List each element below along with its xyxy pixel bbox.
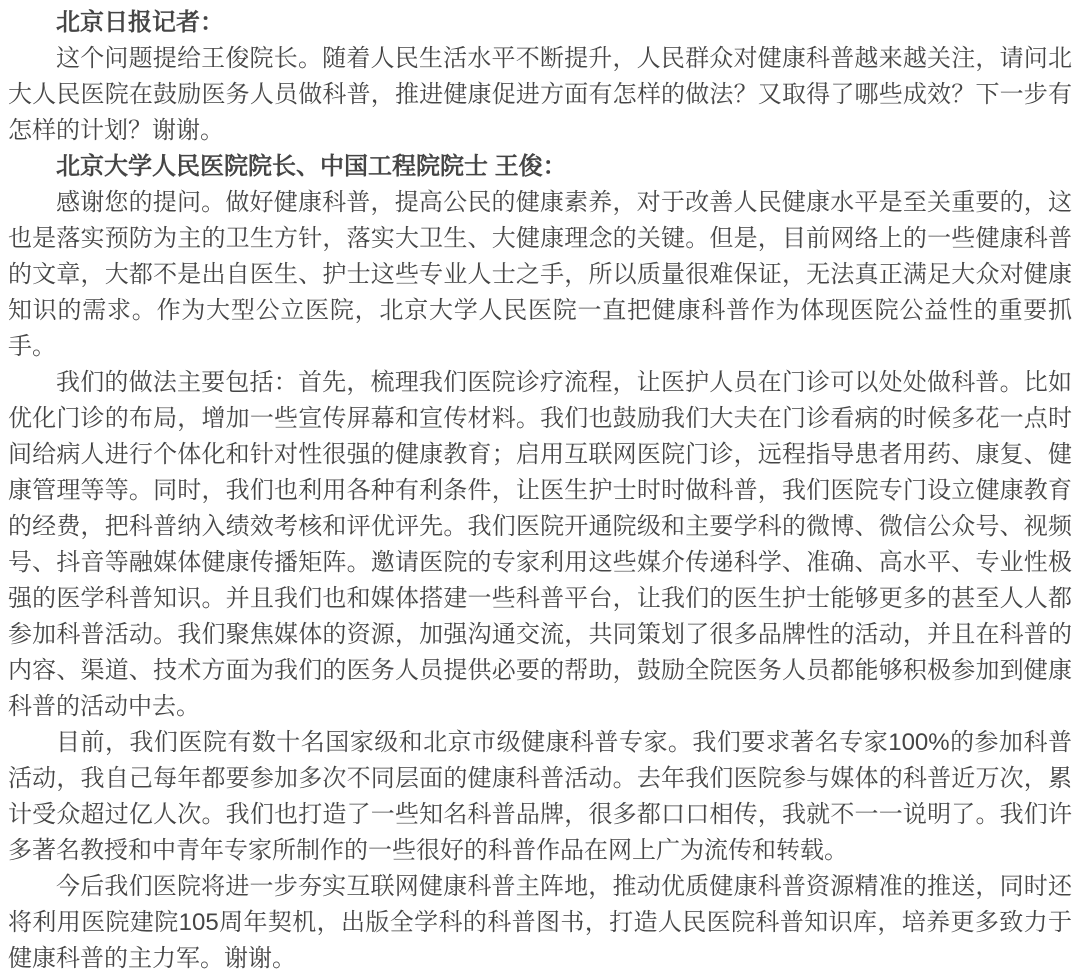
speaker-label: 北京大学人民医院院长、中国工程院院士 王俊： [8, 149, 1072, 185]
press-conference-transcript: 北京日报记者： 这个问题提给王俊院长。随着人民生活水平不断提升，人民群众对健康科… [0, 0, 1080, 969]
answer-paragraph-3: 目前，我们医院有数十名国家级和北京市级健康科普专家。我们要求著名专家100%的参… [8, 725, 1072, 869]
reporter-question: 这个问题提给王俊院长。随着人民生活水平不断提升，人民群众对健康科普越来越关注，请… [8, 41, 1072, 149]
answer-paragraph-4: 今后我们医院将进一步夯实互联网健康科普主阵地，推动优质健康科普资源精准的推送，同… [8, 869, 1072, 969]
answer-paragraph-2: 我们的做法主要包括：首先，梳理我们医院诊疗流程，让医护人员在门诊可以处处做科普。… [8, 365, 1072, 725]
answer-paragraph-1: 感谢您的提问。做好健康科普，提高公民的健康素养，对于改善人民健康水平是至关重要的… [8, 185, 1072, 365]
reporter-label: 北京日报记者： [8, 5, 1072, 41]
